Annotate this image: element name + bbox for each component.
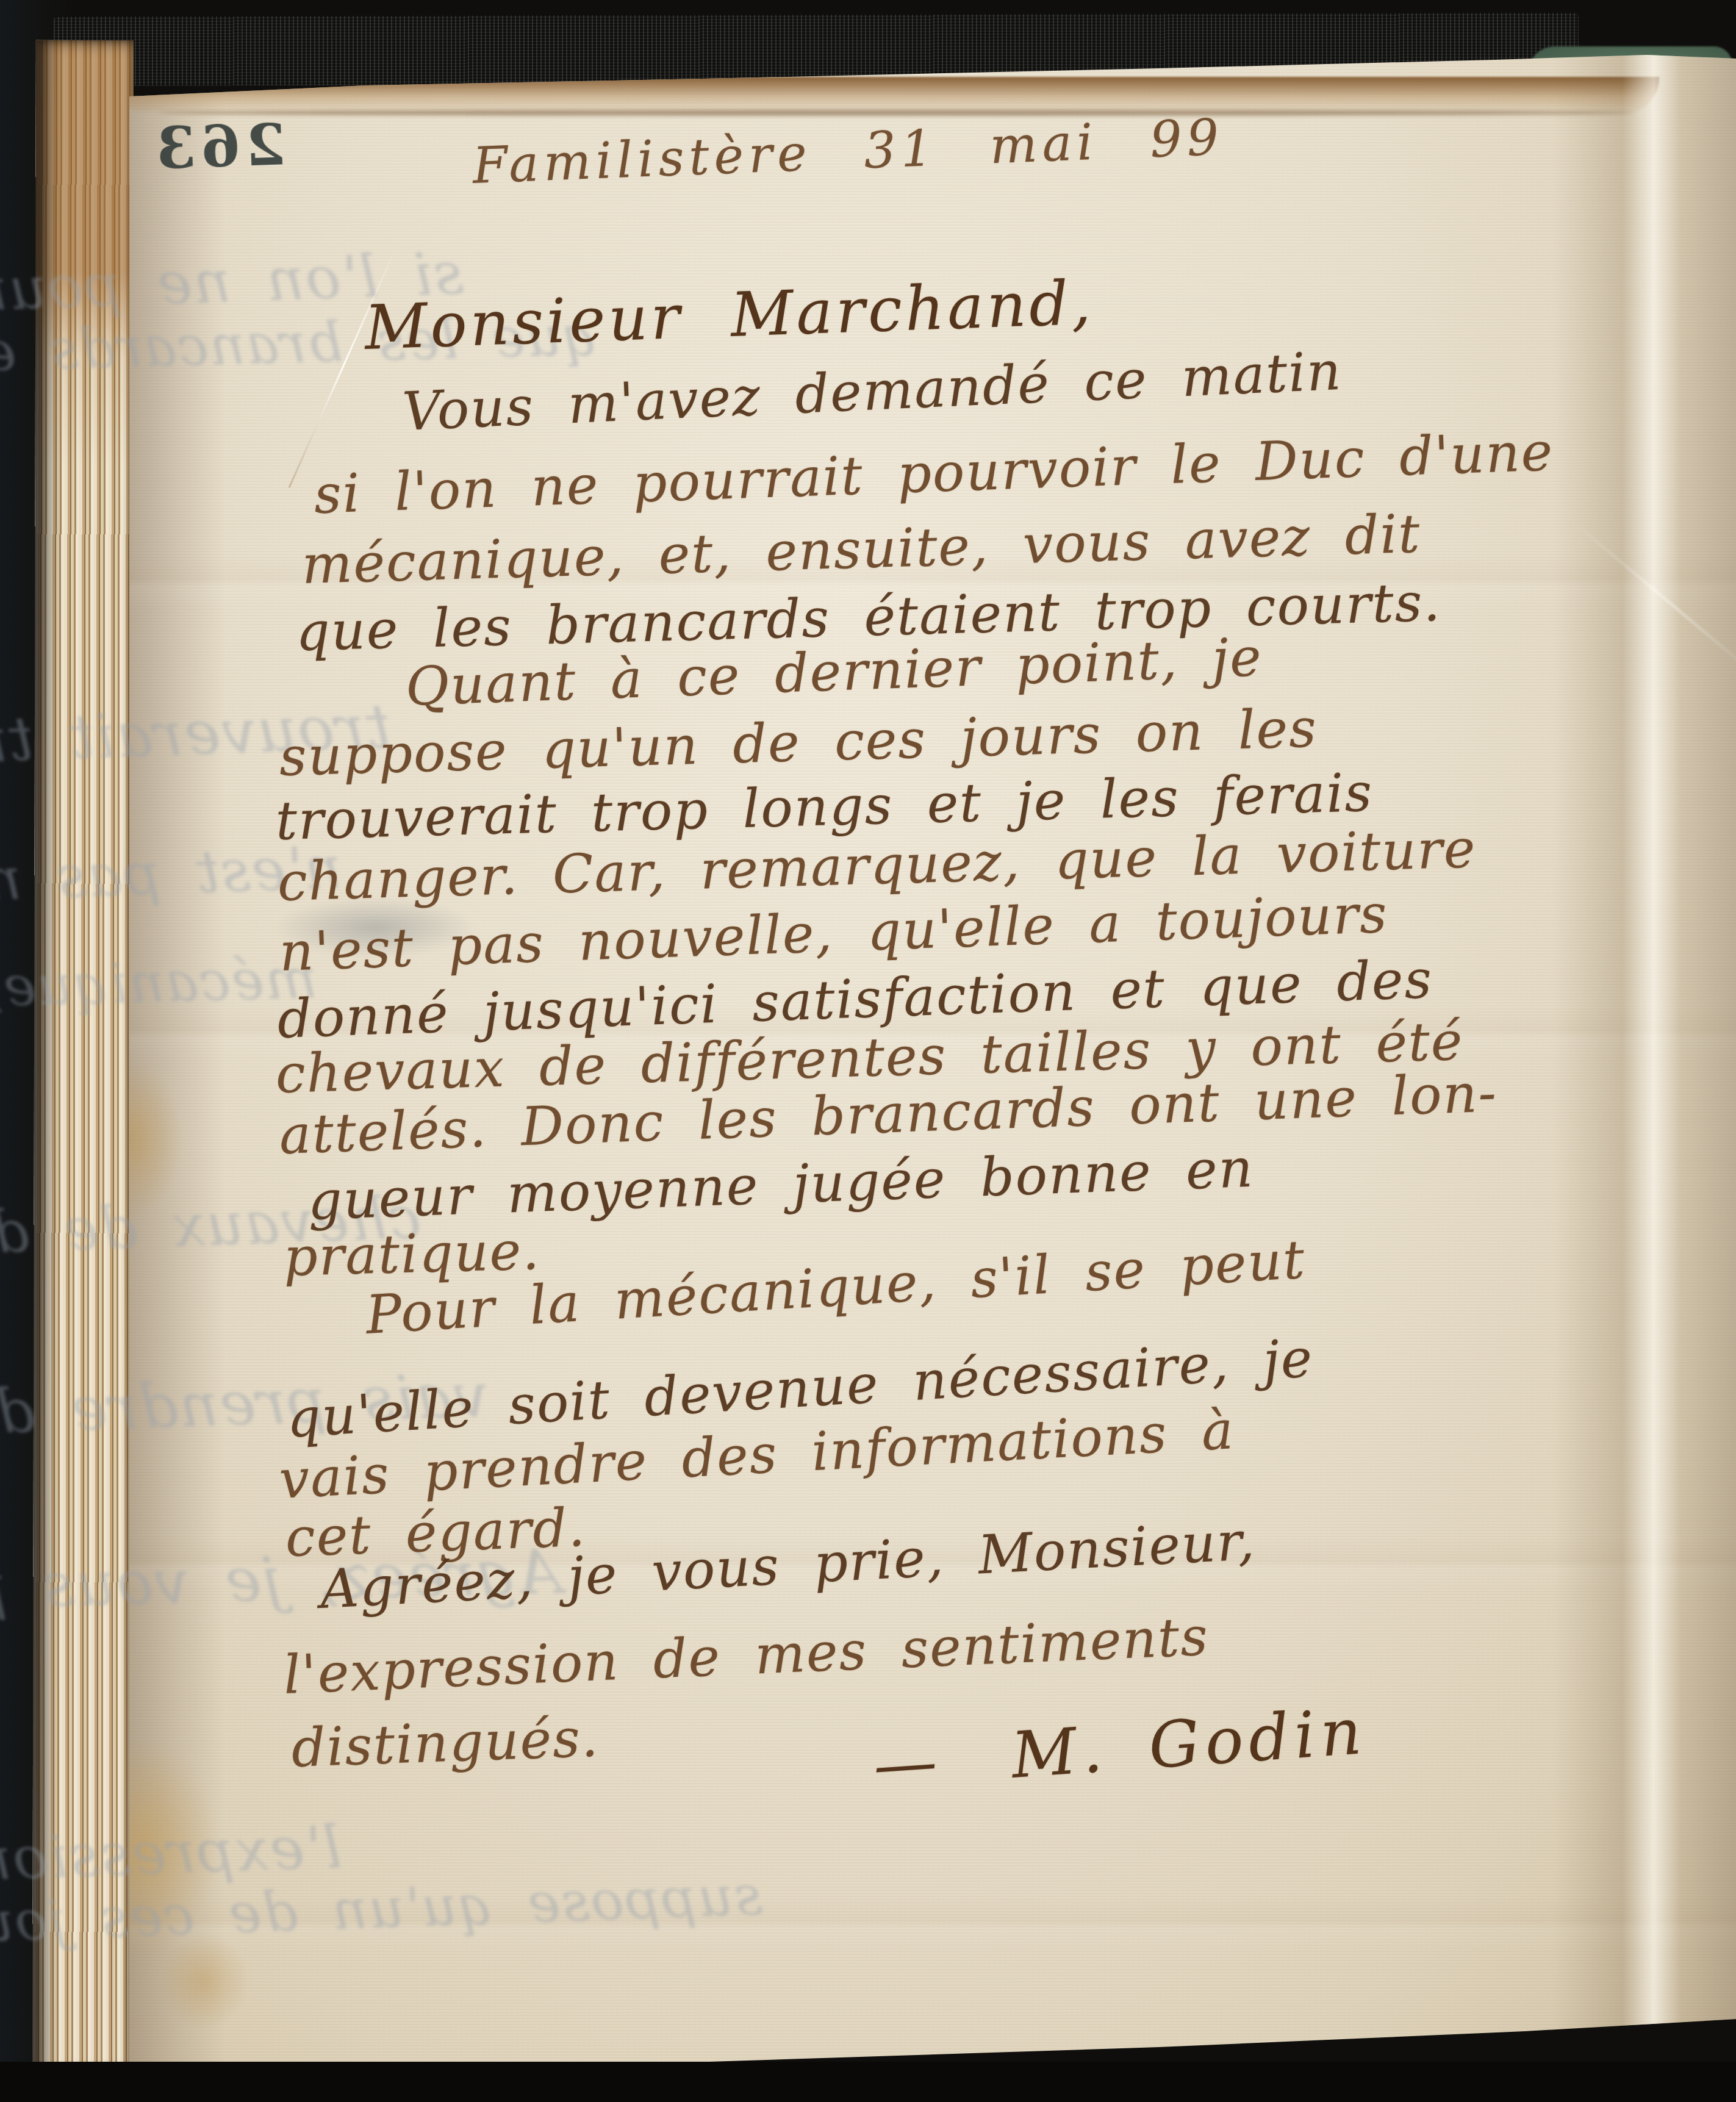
stained-top-edge-line (159, 110, 1635, 116)
signature-flourish-dash: — (871, 1723, 945, 1802)
backdrop-bottom (0, 2062, 1736, 2102)
photograph-of-manuscript-page: 263 si l'on ne pourrait pourvoir le Duc … (0, 0, 1736, 2102)
page-number-stamp-mirrored: 263 (150, 111, 287, 183)
right-page-fold (1553, 54, 1736, 2085)
handwriting-line: distingués. (290, 1711, 600, 1775)
handwriting-line: pratique. (283, 1224, 541, 1284)
